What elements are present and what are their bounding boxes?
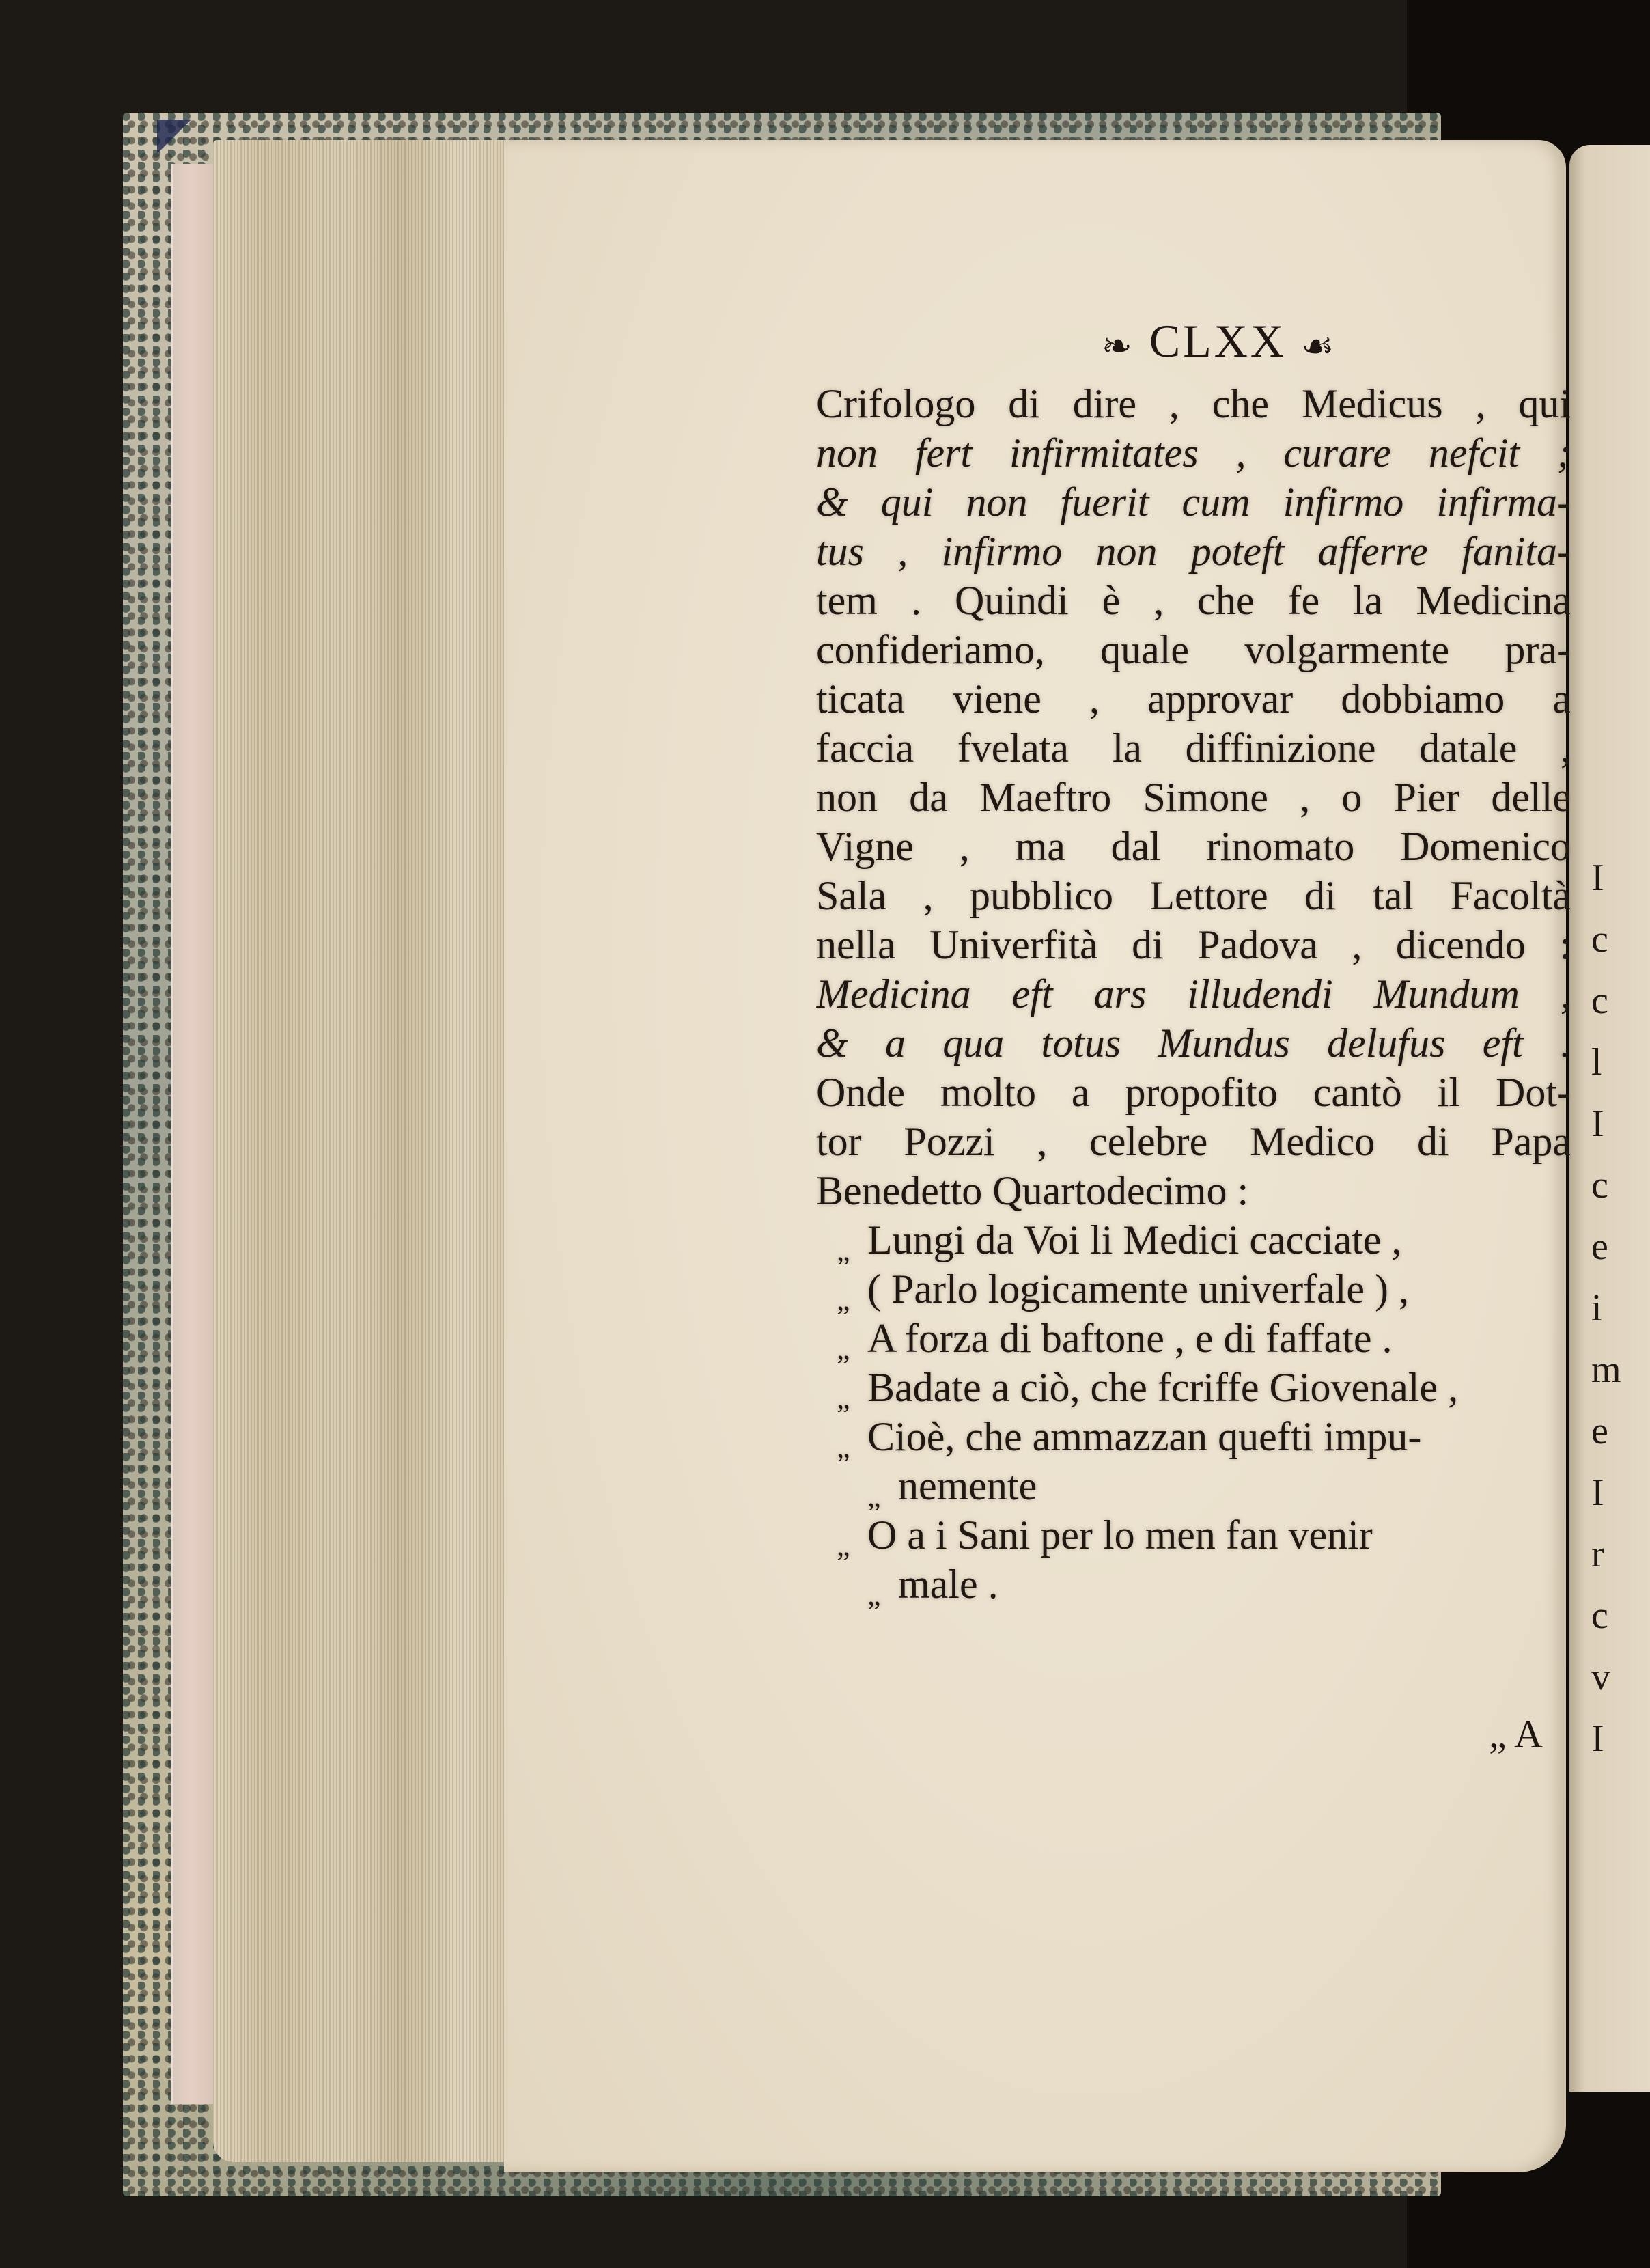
text-line: tor Pozzi , celebre Medico di Papa: [816, 1117, 1571, 1166]
verse-line: „( Parlo logicamente univerfale ) ,: [816, 1264, 1571, 1314]
quote-mark: „: [837, 1521, 867, 1560]
text-line: & qui non fuerit cum infirmo infirma-: [816, 478, 1571, 527]
text-line: nella Univerfità di Padova , dicendo :: [816, 920, 1571, 969]
quote-mark: „: [837, 1275, 867, 1314]
catchword: „ A: [1489, 1711, 1543, 1757]
verse-line: „A forza di baftone , e di faffate .: [816, 1314, 1571, 1363]
text-line: faccia fvelata la diffinizione datale ,: [816, 723, 1571, 773]
ornament-left-icon: ❧: [1102, 326, 1135, 367]
verse-line: „Cioè, che ammazzan quefti impu-: [816, 1412, 1571, 1461]
quote-mark: „: [837, 1226, 867, 1264]
verse-line: „male .: [816, 1560, 1571, 1609]
page-block-edge: [213, 140, 507, 2162]
text-line: Onde molto a propofito cantò il Dot-: [816, 1068, 1571, 1117]
quote-mark: „: [837, 1423, 867, 1461]
cover-corner-mark: [157, 120, 191, 154]
text-line: Vigne , ma dal rinomato Domenico: [816, 822, 1571, 871]
quote-mark: „: [837, 1374, 867, 1412]
quote-mark: „: [837, 1325, 867, 1363]
text-line: Sala , pubblico Lettore di tal Facoltà: [816, 871, 1571, 920]
text-line: tem . Quindi è , che fe la Medicina: [816, 576, 1571, 625]
text-line: Medicina eft ars illudendi Mundum ,: [816, 969, 1571, 1019]
facing-page-text: I c c l I c e i m e I r c v I: [1591, 847, 1650, 1769]
text-line: confideriamo, quale volgarmente pra-: [816, 625, 1571, 674]
running-head: ❧ CLXX ☙: [816, 314, 1622, 368]
verse-line: „Lungi da Voi li Medici cacciate ,: [816, 1215, 1571, 1264]
text-line: non fert infirmitates , curare nefcit ;: [816, 428, 1571, 478]
text-line: tus , infirmo non poteft afferre fanita-: [816, 527, 1571, 576]
text-line: Crifologo di dire , che Medicus , qui: [816, 379, 1571, 428]
quote-mark: „: [867, 1571, 898, 1609]
pink-endpaper: [171, 164, 216, 2104]
text-line: & a qua totus Mundus delufus eft .: [816, 1019, 1571, 1068]
text-line: non da Maeftro Simone , o Pier delle: [816, 773, 1571, 822]
quote-mark: „: [867, 1472, 898, 1510]
page-number: CLXX: [1149, 315, 1287, 367]
text-line: Benedetto Quartodecimo :: [816, 1166, 1571, 1215]
verse-line: „O a i Sani per lo men fan venir: [816, 1510, 1571, 1560]
ornament-right-icon: ☙: [1301, 326, 1337, 367]
verse-line: „nemente: [816, 1461, 1571, 1510]
body-text: Crifologo di dire , che Medicus , qui no…: [816, 379, 1571, 1609]
verse-line: „Badate a ciò, che fcriffe Giovenale ,: [816, 1363, 1571, 1412]
text-line: ticata viene , approvar dobbiamo a: [816, 674, 1571, 723]
